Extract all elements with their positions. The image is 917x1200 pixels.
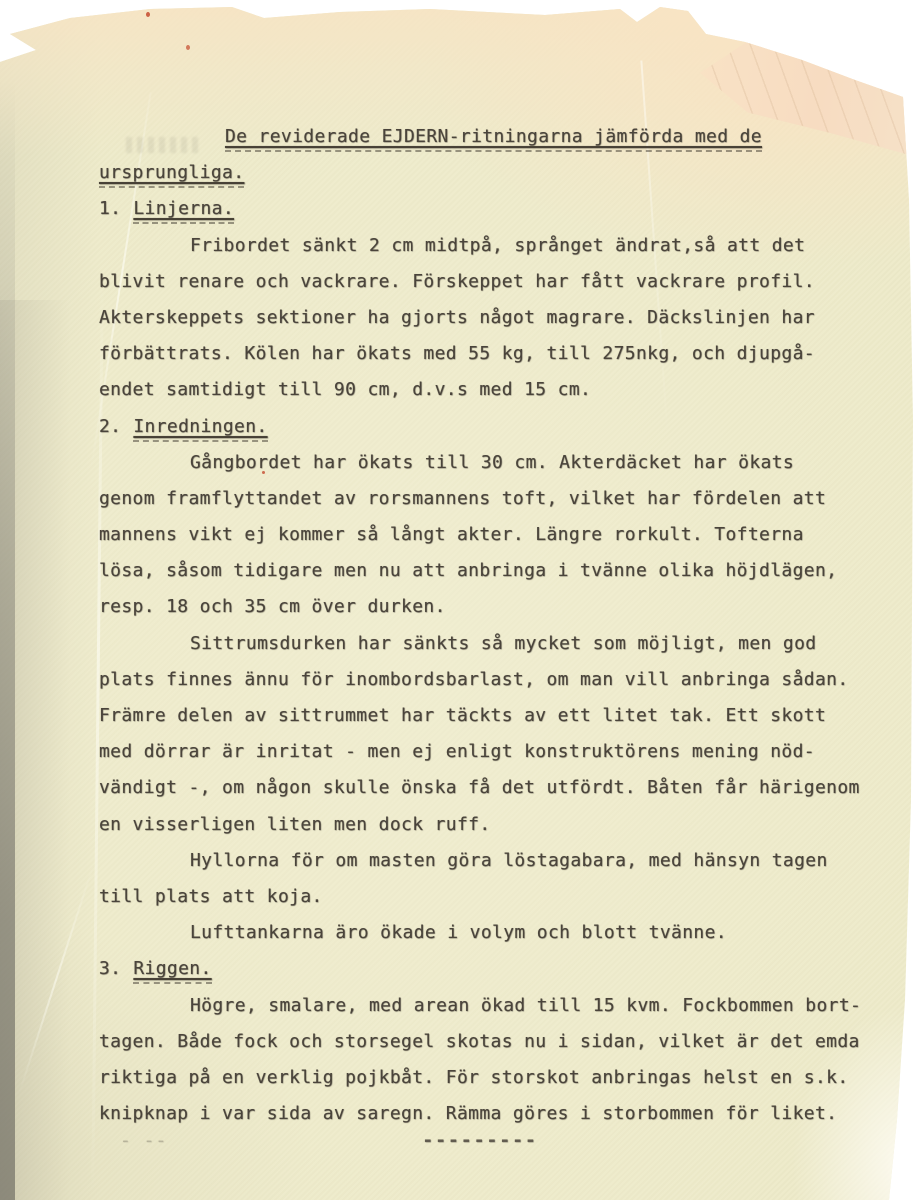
section-heading-1: 1.Linjerna. <box>99 191 879 227</box>
left-edge-shadow <box>0 80 15 1200</box>
section-heading-3: 3.Riggen. <box>99 951 879 987</box>
section-number: 1. <box>99 198 121 219</box>
text-line: till plats att koja. <box>99 879 879 915</box>
title-line: De reviderade EJDERN-ritningarna jämförd… <box>99 119 879 155</box>
section-title: Inredningen. <box>133 416 267 442</box>
section-heading-2: 2.Inredningen. <box>99 409 879 445</box>
text-line: riktiga på en verklig pojkbåt. För stors… <box>99 1060 879 1096</box>
red-ink-speck <box>146 12 150 17</box>
text-line: resp. 18 och 35 cm över durken. <box>99 589 879 625</box>
text-line: Lufttankarna äro ökade i volym och blott… <box>99 915 879 951</box>
text-line: vändigt -, om någon skulle önska få det … <box>99 770 879 806</box>
red-ink-speck <box>186 45 190 50</box>
section-title: Linjerna. <box>133 198 234 224</box>
text-line: mannens vikt ej kommer så långt akter. L… <box>99 517 879 553</box>
section-title: Riggen. <box>133 958 211 984</box>
text-line: Fribordet sänkt 2 cm midtpå, språnget än… <box>99 228 879 264</box>
title-text: De reviderade EJDERN-ritningarna jämförd… <box>225 126 762 152</box>
text-line: med dörrar är inritat - men ej enligt ko… <box>99 734 879 770</box>
text-line: Sittrumsdurken har sänkts så mycket som … <box>99 626 879 662</box>
section-number: 2. <box>99 416 121 437</box>
title-text: ursprungliga. <box>99 162 244 188</box>
text-line: förbättrats. Kölen har ökats med 55 kg, … <box>99 336 879 372</box>
title-line: ursprungliga. <box>99 155 879 191</box>
paper-sheet: De reviderade EJDERN-ritningarna jämförd… <box>0 0 917 1200</box>
text-line: Gångbordet har ökats till 30 cm. Akterdä… <box>99 445 879 481</box>
text-line: plats finnes ännu för inombordsbarlast, … <box>99 662 879 698</box>
text-line: en visserligen liten men dock ruff. <box>99 807 879 843</box>
text-line: lösa, såsom tidigare men nu att anbringa… <box>99 553 879 589</box>
text-line: endet samtidigt till 90 cm, d.v.s med 15… <box>99 372 879 408</box>
text-line: Akterskeppets sektioner ha gjorts något … <box>99 300 879 336</box>
text-line: blivit renare och vackrare. Förskeppet h… <box>99 264 879 300</box>
margin-marks: - -- <box>120 1130 167 1151</box>
text-line: genom framflyttandet av rorsmannens toft… <box>99 481 879 517</box>
text-line: tagen. Både fock och storsegel skotas nu… <box>99 1024 879 1060</box>
text-line: Högre, smalare, med arean ökad till 15 k… <box>99 988 879 1024</box>
separator-dashes: --------- <box>422 1130 538 1151</box>
document-text: De reviderade EJDERN-ritningarna jämförd… <box>99 119 879 1159</box>
section-number: 3. <box>99 958 121 979</box>
text-line: Främre delen av sittrummet har täckts av… <box>99 698 879 734</box>
text-line: Hyllorna för om masten göra löstagabara,… <box>99 843 879 879</box>
